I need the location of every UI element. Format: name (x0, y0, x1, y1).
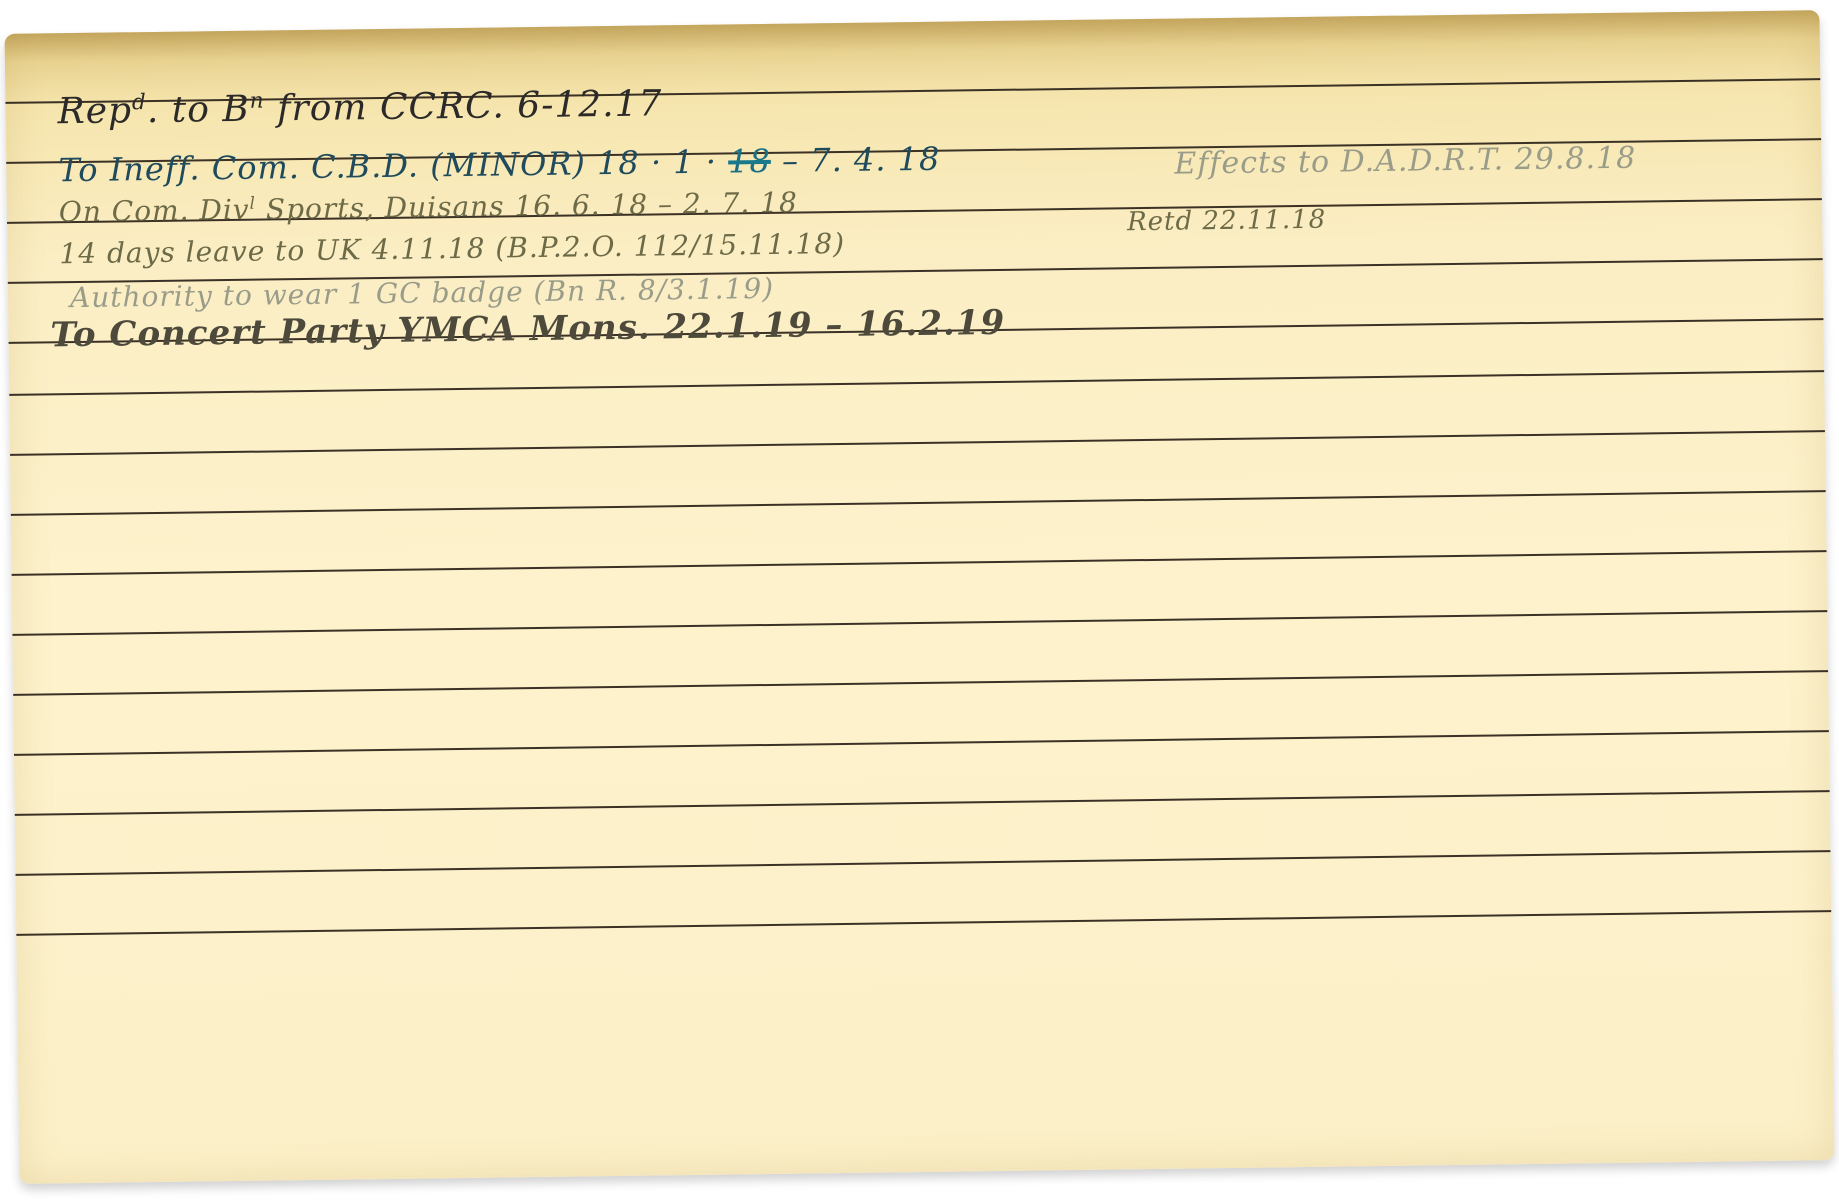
ruled-line (12, 610, 1827, 636)
entry-ineffective-command: To Ineff. Com. C.B.D. (MINOR) 18 · 1 · 1… (58, 140, 940, 190)
ruled-line (11, 490, 1826, 516)
entry-text: from CCRC. 6-12.17 (264, 83, 662, 129)
entry-text: . to B (147, 89, 250, 131)
entry-superscript: n (250, 89, 265, 114)
entry-effects-dadrt: Effects to D.A.D.R.T. 29.8.18 (1174, 141, 1636, 182)
entry-text: – 7. 4. 18 (771, 140, 941, 180)
index-card: Repd. to Bn from CCRC. 6-12.17 To Ineff.… (5, 10, 1835, 1184)
entry-text: To Ineff. Com. C.B.D. (MINOR) 18 · 1 · (58, 142, 728, 189)
ruled-line (12, 550, 1827, 576)
ruled-line (16, 910, 1831, 936)
ruled-line (16, 850, 1831, 876)
ruled-line (14, 730, 1829, 756)
entry-text: Sports, Duisans 16. 6. 18 – 2. 7. 18 (256, 186, 798, 226)
entry-reported-to-battalion: Repd. to Bn from CCRC. 6-12.17 (57, 83, 662, 132)
ruled-line (13, 670, 1828, 696)
entry-text: On Com. Div (59, 193, 250, 228)
entry-returned: Retd 22.11.18 (1127, 205, 1326, 238)
entry-text: Rep (57, 90, 132, 132)
ruled-line (10, 430, 1825, 456)
entry-divisional-sports: On Com. Divl Sports, Duisans 16. 6. 18 –… (59, 186, 798, 229)
entry-superscript: d (132, 90, 147, 115)
ruled-line (9, 370, 1824, 396)
struck-out-correction: 18 (728, 142, 771, 181)
ruled-line (15, 790, 1830, 816)
entry-leave-to-uk: 14 days leave to UK 4.11.18 (B.P.2.O. 11… (59, 227, 845, 270)
